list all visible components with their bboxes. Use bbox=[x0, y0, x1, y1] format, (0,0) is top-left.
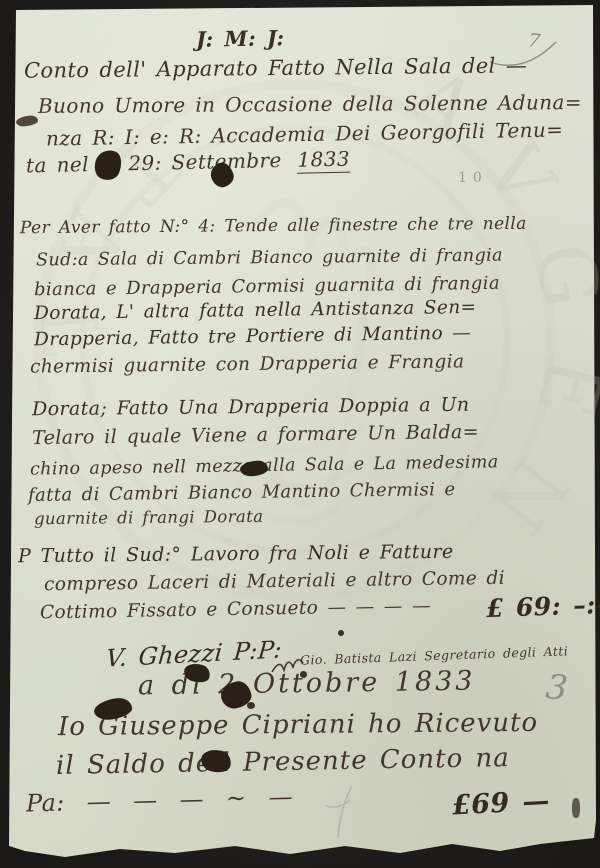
title-line: Buono Umore in Occasione della Solenne A… bbox=[38, 90, 582, 118]
receipt-amount: £69 — bbox=[451, 785, 550, 821]
receipt-line: Io Giuseppe Cipriani ho Ricevuto bbox=[58, 708, 538, 742]
title-date-year: 1833 bbox=[297, 147, 350, 174]
pencil-check-stroke bbox=[320, 780, 370, 840]
archive-stamp-number: 10 bbox=[458, 170, 488, 186]
invocation-monogram: J: M: J: bbox=[196, 25, 285, 52]
ink-speck bbox=[572, 798, 580, 818]
pencil-number: 3 bbox=[544, 667, 570, 709]
body-line: P Tutto il Sud:° Lavoro fra Noli e Fattu… bbox=[18, 541, 454, 568]
scanned-document: AVGEN TAL J: M: J: 7 Conto dell' Apparat… bbox=[0, 0, 600, 868]
ink-speck bbox=[247, 702, 255, 709]
body-line: guarnite di frangi Dorata bbox=[34, 507, 264, 528]
total-amount: £ 69: –:- bbox=[486, 590, 600, 623]
ink-speck bbox=[338, 630, 344, 636]
ink-speck bbox=[300, 671, 307, 678]
body-line: Dorata; Fatto Una Drapperia Doppia a Un bbox=[32, 394, 470, 421]
